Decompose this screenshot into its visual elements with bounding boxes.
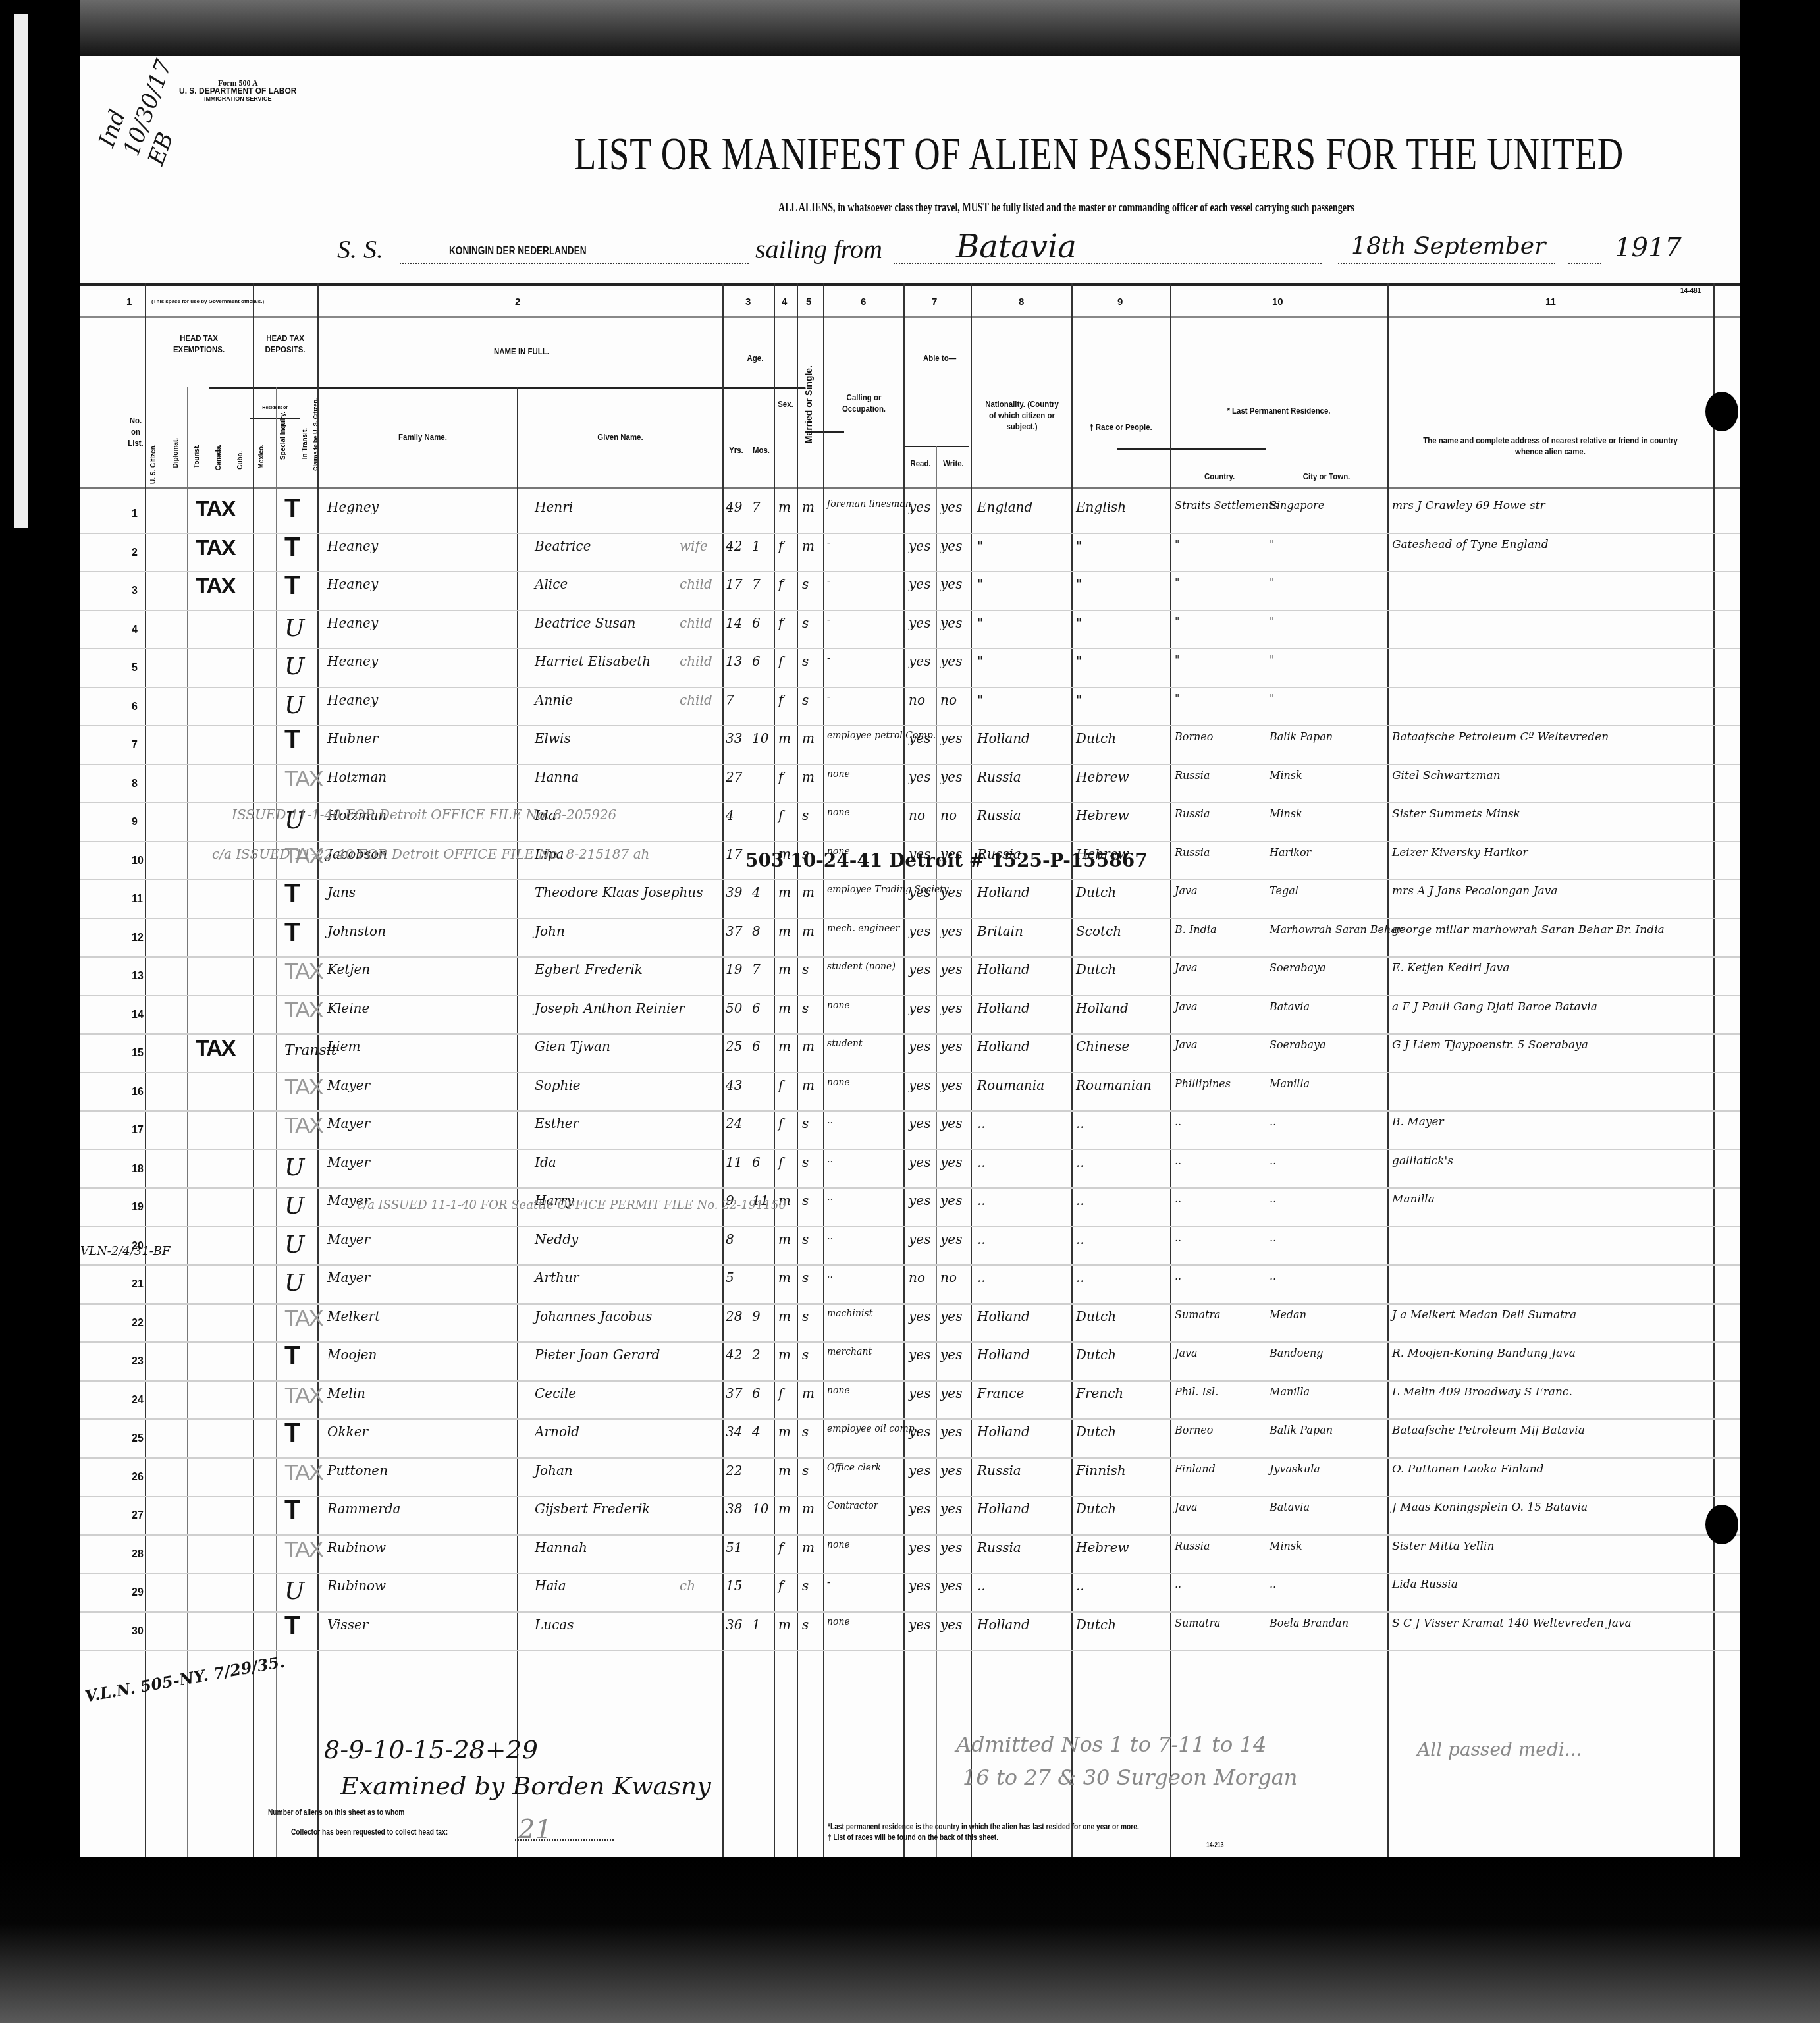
deposit-mark: T (284, 571, 300, 601)
nearest-relative: a F J Pauli Gang Djati Baroe Batavia (1392, 1000, 1597, 1013)
marital-status: s (802, 615, 809, 631)
sex: m (778, 1617, 791, 1632)
residence-country: Java (1175, 884, 1198, 897)
deposit-mark: U (284, 1231, 304, 1258)
family-name: Visser (327, 1617, 368, 1632)
row18-margin-annotation: VLN-2/4/31-BF (80, 1245, 171, 1258)
deposit-mark: U (284, 1193, 304, 1220)
sex: m (778, 1270, 791, 1285)
age-years: 39 (726, 884, 742, 900)
residence-country: Java (1175, 1038, 1198, 1051)
age-months: 7 (752, 499, 761, 515)
age-months: 10 (752, 730, 768, 746)
deposit-mark: U (284, 1154, 304, 1181)
row-number: 29 (132, 1587, 144, 1599)
given-name: Johan (535, 1463, 573, 1478)
age-months: 6 (752, 615, 761, 631)
row-number: 12 (132, 932, 144, 944)
family-name: Heaney (327, 538, 378, 554)
can-read: yes (909, 1193, 930, 1208)
can-read: yes (909, 576, 930, 592)
deposit-mark: T (284, 1418, 300, 1448)
header-city: City or Town. (1276, 471, 1378, 482)
header-cuba: Cuba. (237, 451, 244, 470)
can-read: yes (909, 1116, 930, 1131)
held-rows-note: 8-9-10-15-28+29 (324, 1735, 538, 1764)
relation-note: ch (680, 1578, 695, 1594)
age-months: 4 (752, 1424, 761, 1440)
given-name: John (535, 923, 565, 939)
nationality: Russia (977, 1540, 1021, 1555)
sex: f (778, 538, 783, 554)
family-name: Rubinow (327, 1578, 386, 1594)
scan-border-top (0, 0, 1820, 63)
occupation: .. (827, 1231, 833, 1242)
can-read: yes (909, 615, 930, 631)
residence-country: Russia (1175, 769, 1210, 782)
table-row: 4 U Heaney Beatrice Susan child 14 6 f s… (80, 610, 1740, 650)
can-read: no (909, 807, 925, 823)
row8-issued-annotation: ISSUED 11-1-40 FOR Detroit OFFICE FILE N… (232, 807, 616, 823)
race: " (1076, 538, 1082, 554)
residence-city: .. (1270, 1154, 1276, 1167)
relation-note: child (680, 615, 712, 631)
sex: m (778, 1424, 791, 1440)
nationality: Russia (977, 769, 1021, 785)
marital-status: m (802, 1540, 815, 1555)
age-months: 6 (752, 1154, 761, 1170)
col-num-3: 3 (745, 296, 751, 308)
nationality: " (977, 615, 983, 631)
residence-country: " (1175, 576, 1179, 589)
family-name: Hubner (327, 730, 378, 746)
scan-border-right (1740, 0, 1820, 1870)
nationality: France (977, 1386, 1024, 1401)
race: Dutch (1076, 884, 1116, 900)
race: French (1076, 1386, 1123, 1401)
family-name: Heaney (327, 692, 378, 708)
footer-code: 14-213 (1206, 1842, 1223, 1849)
given-name: Beatrice (535, 538, 591, 554)
sex: f (778, 1116, 783, 1131)
residence-country: .. (1175, 1270, 1181, 1282)
residence-country: " (1175, 615, 1179, 628)
age-months: 4 (752, 884, 761, 900)
occupation: student (none) (827, 961, 896, 972)
ship-name: KONINGIN DER NEDERLANDEN (449, 246, 587, 257)
row-number: 13 (132, 971, 144, 983)
examined-by-signature: Examined by Borden Kwasny (340, 1771, 711, 1800)
can-write: yes (940, 1038, 962, 1054)
family-name: Kleine (327, 1000, 369, 1016)
sex: m (778, 499, 791, 515)
row-number: 3 (132, 585, 138, 597)
age-years: 49 (726, 499, 742, 515)
nearest-relative: george millar marhowrah Saran Behar Br. … (1392, 923, 1665, 936)
can-read: yes (909, 1038, 930, 1054)
can-write: yes (940, 1424, 962, 1440)
can-write: yes (940, 538, 962, 554)
residence-city: " (1270, 653, 1274, 666)
given-name: Arnold (535, 1424, 579, 1440)
row-number: 30 (132, 1626, 144, 1638)
residence-city: Jyvaskula (1270, 1463, 1320, 1475)
age-months: 7 (752, 961, 761, 977)
marital-status: s (802, 1424, 809, 1440)
nationality: .. (977, 1116, 986, 1131)
age-months: 6 (752, 1038, 761, 1054)
form-corner-code: 14-481 (1680, 288, 1701, 295)
age-years: 17 (726, 576, 742, 592)
relation-note: child (680, 692, 712, 708)
race: .. (1076, 1116, 1084, 1131)
given-name: Gijsbert Frederik (535, 1501, 650, 1517)
residence-country: Finland (1175, 1463, 1216, 1475)
col-num-11: 11 (1545, 296, 1556, 308)
can-read: no (909, 692, 925, 708)
row-number: 10 (132, 855, 144, 867)
residence-city: Balik Papan (1270, 1424, 1333, 1436)
age-years: 24 (726, 1116, 742, 1131)
nationality: Holland (977, 1501, 1030, 1517)
header-head-tax-deposits: HEAD TAX DEPOSITS. (259, 333, 312, 355)
occupation: none (827, 1617, 850, 1627)
table-row: 24 TAX Melin Cecile 37 6 f m none yes ye… (80, 1380, 1740, 1420)
family-name: Rammerda (327, 1501, 401, 1517)
service: IMMIGRATION SERVICE (179, 95, 296, 103)
deposit-mark: T (284, 879, 300, 909)
residence-country: .. (1175, 1154, 1181, 1167)
can-write: no (940, 807, 957, 823)
marital-status: m (802, 1386, 815, 1401)
occupation: Office clerk (827, 1463, 881, 1473)
can-read: yes (909, 653, 930, 669)
residence-country: Borneo (1175, 730, 1213, 743)
occupation: - (827, 653, 830, 664)
can-read: yes (909, 1424, 930, 1440)
voyage-line: S. S. KONINGIN DER NEDERLANDEN sailing f… (80, 234, 1740, 273)
race: .. (1076, 1578, 1084, 1594)
occupation: student (827, 1038, 863, 1049)
header-calling: Calling or Occupation. (835, 392, 893, 414)
row-number: 27 (132, 1510, 144, 1522)
residence-city: Singapore (1270, 499, 1324, 512)
table-row: 27 T Rammerda Gijsbert Frederik 38 10 m … (80, 1496, 1740, 1536)
age-years: 4 (726, 807, 734, 823)
marital-status: s (802, 1308, 809, 1324)
age-years: 37 (726, 1386, 742, 1401)
nationality: Holland (977, 961, 1030, 977)
can-write: yes (940, 730, 962, 746)
family-name: Mayer (327, 1154, 370, 1170)
family-name: Liem (327, 1038, 360, 1054)
race: Dutch (1076, 1424, 1116, 1440)
residence-city: Tegal (1270, 884, 1298, 897)
row-number: 6 (132, 701, 138, 713)
residence-city: Soerabaya (1270, 1038, 1326, 1051)
header-race: † Race or People. (1080, 421, 1161, 433)
nationality: .. (977, 1270, 986, 1285)
header-head-tax-exemptions: HEAD TAX EXEMPTIONS. (155, 333, 242, 355)
residence-city: " (1270, 692, 1274, 705)
family-name: Heaney (327, 653, 378, 669)
header-able-to: Able to— (913, 352, 965, 364)
nearest-relative: Manilla (1392, 1193, 1435, 1206)
age-years: 36 (726, 1617, 742, 1632)
residence-country: .. (1175, 1116, 1181, 1128)
header-no-on-list: No. on List. (128, 415, 144, 448)
row-number: 18 (132, 1164, 144, 1175)
nationality: " (977, 653, 983, 669)
marital-status: m (802, 730, 815, 746)
given-name: Joseph Anthon Reinier (535, 1000, 685, 1016)
age-years: 11 (726, 1154, 742, 1170)
sex: m (778, 961, 791, 977)
table-row: 1 TAX T Hegney Henri 49 7 m m foreman li… (80, 494, 1740, 534)
nationality: " (977, 538, 983, 554)
residence-city: Manilla (1270, 1077, 1310, 1090)
occupation: none (827, 1000, 850, 1011)
can-read: yes (909, 884, 930, 900)
footer-note-races: † List of races will be found on the bac… (828, 1833, 998, 1842)
row-number: 25 (132, 1433, 144, 1445)
age-years: 5 (726, 1270, 734, 1285)
occupation: none (827, 1077, 850, 1088)
header-tourist: Tourist. (194, 445, 201, 468)
residence-country: " (1175, 653, 1179, 666)
table-row: 5 U Heaney Harriet Elisabeth child 13 6 … (80, 648, 1740, 688)
age-months: 6 (752, 653, 761, 669)
row-number: 21 (132, 1279, 144, 1291)
col-num-5: 5 (806, 296, 811, 308)
residence-city: Minsk (1270, 769, 1302, 782)
table-row: 2 TAX T Heaney Beatrice wife 42 1 f m - … (80, 533, 1740, 573)
race: .. (1076, 1270, 1084, 1285)
row-number: 19 (132, 1202, 144, 1214)
occupation: - (827, 576, 830, 587)
sex: m (778, 1347, 791, 1362)
header-mexico: Mexico. (258, 445, 265, 469)
residence-city: Manilla (1270, 1386, 1310, 1398)
deposit-mark: U (284, 653, 304, 680)
residence-country: Sumatra (1175, 1617, 1221, 1629)
deposit-mark: TAX (284, 767, 323, 792)
deposit-mark: T (284, 918, 300, 948)
age-years: 7 (726, 692, 734, 708)
family-name: Hegney (327, 499, 379, 515)
occupation: none (827, 769, 850, 780)
table-row: 17 TAX Mayer Esther 24 f s .. yes yes ..… (80, 1110, 1740, 1150)
can-write: yes (940, 499, 962, 515)
race: Hebrew (1076, 807, 1129, 823)
deposit-mark: TAX (284, 959, 323, 985)
family-name: Mayer (327, 1270, 370, 1285)
age-years: 37 (726, 923, 742, 939)
nationality: .. (977, 1193, 986, 1208)
age-months: 1 (752, 538, 761, 554)
can-write: yes (940, 1000, 962, 1016)
can-write: yes (940, 1308, 962, 1324)
nationality: Roumania (977, 1077, 1044, 1093)
sex: f (778, 807, 783, 823)
deposit-mark: T (284, 1611, 300, 1641)
header-special-inquiry: Special Inquiry. (280, 412, 287, 460)
header-name-in-full: NAME IN FULL. (464, 346, 579, 357)
race: .. (1076, 1154, 1084, 1170)
can-write: yes (940, 576, 962, 592)
row-number: 17 (132, 1125, 144, 1137)
sex: f (778, 1540, 783, 1555)
deposit-mark: TAX (284, 1306, 323, 1332)
residence-city: Batavia (1270, 1501, 1310, 1513)
given-name: Beatrice Susan (535, 615, 636, 631)
race: Roumanian (1076, 1077, 1152, 1093)
marital-status: s (802, 807, 809, 823)
can-read: yes (909, 499, 930, 515)
nationality: Holland (977, 1000, 1030, 1016)
deposit-mark: T (284, 494, 300, 524)
can-read: yes (909, 1347, 930, 1362)
admitted-note: Admitted Nos 1 to 7-11 to 14 (956, 1732, 1266, 1757)
nationality: Holland (977, 1308, 1030, 1324)
relation-note: child (680, 576, 712, 592)
age-years: 13 (726, 653, 742, 669)
col-gov-note: (This space for use by Government offici… (151, 298, 264, 304)
punch-hole-bottom (1705, 1505, 1738, 1544)
header-claims-citizen: Claims to be U. S. Citizen. (312, 392, 320, 471)
residence-country: Russia (1175, 807, 1210, 820)
marital-status: m (802, 499, 815, 515)
race: English (1076, 499, 1126, 515)
header-family-name: Family Name. (365, 431, 481, 443)
race: Dutch (1076, 1347, 1116, 1362)
given-name: Pieter Joan Gerard (535, 1347, 660, 1362)
marital-status: s (802, 961, 809, 977)
residence-city: .. (1270, 1231, 1276, 1244)
departure-year: 1917 (1615, 232, 1682, 263)
age-years: 22 (726, 1463, 742, 1478)
can-write: yes (940, 615, 962, 631)
age-years: 14 (726, 615, 742, 631)
residence-city: Soerabaya (1270, 961, 1326, 974)
age-years: 43 (726, 1077, 742, 1093)
nearest-relative: J Maas Koningsplein O. 15 Batavia (1392, 1501, 1588, 1514)
marital-status: s (802, 1116, 809, 1131)
given-name: Esther (535, 1116, 579, 1131)
table-row: 11 T Jans Theodore Klaas Josephus 39 4 m… (80, 879, 1740, 919)
nationality: Holland (977, 1424, 1030, 1440)
deposit-mark: TAX (284, 1113, 323, 1139)
sex: m (778, 730, 791, 746)
race: " (1076, 692, 1082, 708)
all-passed-note: All passed medi... (1417, 1739, 1582, 1760)
occupation: .. (827, 1116, 833, 1126)
row18-issued-annotation: c/a ISSUED 11-1-40 FOR Seattle OFFICE PE… (357, 1199, 786, 1212)
punch-hole-top (1705, 392, 1738, 431)
race: Chinese (1076, 1038, 1129, 1054)
family-name: Melkert (327, 1308, 380, 1324)
nationality: Holland (977, 884, 1030, 900)
can-write: yes (940, 1540, 962, 1555)
nationality: " (977, 576, 983, 592)
marital-status: s (802, 1270, 809, 1285)
nationality: .. (977, 1231, 986, 1247)
family-name: Johnston (327, 923, 386, 939)
given-name: Haia (535, 1578, 566, 1594)
residence-city: " (1270, 615, 1274, 628)
scan-border-bottom (0, 1857, 1820, 2023)
residence-country: .. (1175, 1231, 1181, 1244)
sex: m (778, 1308, 791, 1324)
sex: f (778, 769, 783, 785)
given-name: Ida (535, 1154, 556, 1170)
table-row: 16 TAX Mayer Sophie 43 f m none yes yes … (80, 1072, 1740, 1112)
can-write: yes (940, 1501, 962, 1517)
sex: f (778, 1077, 783, 1093)
family-name: Melin (327, 1386, 365, 1401)
nationality: England (977, 499, 1032, 515)
age-years: 50 (726, 1000, 742, 1016)
occupation: none (827, 807, 850, 818)
residence-city: Bandoeng (1270, 1347, 1324, 1359)
marital-status: s (802, 576, 809, 592)
family-name: Jans (327, 884, 356, 900)
residence-city: .. (1270, 1270, 1276, 1282)
residence-country: Java (1175, 1000, 1198, 1013)
residence-country: Russia (1175, 846, 1210, 859)
header-diplomat: Diplomat. (173, 438, 180, 468)
residence-country: Phil. Isl. (1175, 1386, 1218, 1398)
table-row: 26 TAX Puttonen Johan 22 m s Office cler… (80, 1457, 1740, 1497)
age-years: 27 (726, 769, 742, 785)
nationality: Russia (977, 807, 1021, 823)
given-name: Johannes Jacobus (535, 1308, 652, 1324)
can-write: yes (940, 923, 962, 939)
occupation: - (827, 1578, 830, 1588)
row-number: 22 (132, 1318, 144, 1330)
col-num-2: 2 (515, 296, 520, 308)
table-row: 18 U Mayer Ida 11 6 f s .. yes yes .. ..… (80, 1149, 1740, 1189)
nearest-relative: G J Liem Tjaypoenstr. 5 Soerabaya (1392, 1038, 1588, 1052)
col-num-1: 1 (126, 296, 132, 308)
residence-country: Phillipines (1175, 1077, 1231, 1090)
can-write: yes (940, 961, 962, 977)
nationality: " (977, 692, 983, 708)
nationality: Russia (977, 1463, 1021, 1478)
occupation: merchant (827, 1347, 872, 1357)
deposit-mark: TAX (284, 1460, 323, 1486)
can-read: yes (909, 538, 930, 554)
sex: f (778, 576, 783, 592)
can-write: no (940, 692, 957, 708)
row-number: 11 (132, 894, 143, 905)
nationality: .. (977, 1578, 986, 1594)
manifest-page: Form 500 A U. S. DEPARTMENT OF LABOR IMM… (80, 56, 1740, 1864)
row-number: 5 (132, 662, 138, 674)
residence-city: .. (1270, 1578, 1276, 1590)
occupation: - (827, 538, 830, 549)
page-subtitle: ALL ALIENS, in whatsoever class they tra… (778, 201, 1354, 215)
admitted-note-cont: 16 to 27 & 30 Surgeon Morgan (963, 1765, 1297, 1790)
race: " (1076, 576, 1082, 592)
header-last-residence: * Last Permanent Residence. (1186, 405, 1372, 416)
header-top-rule (80, 283, 1740, 286)
header-resident-of: Resident of (254, 402, 297, 413)
can-read: yes (909, 1077, 930, 1093)
marital-status: m (802, 1501, 815, 1517)
race: Dutch (1076, 1308, 1116, 1324)
age-years: 42 (726, 538, 742, 554)
